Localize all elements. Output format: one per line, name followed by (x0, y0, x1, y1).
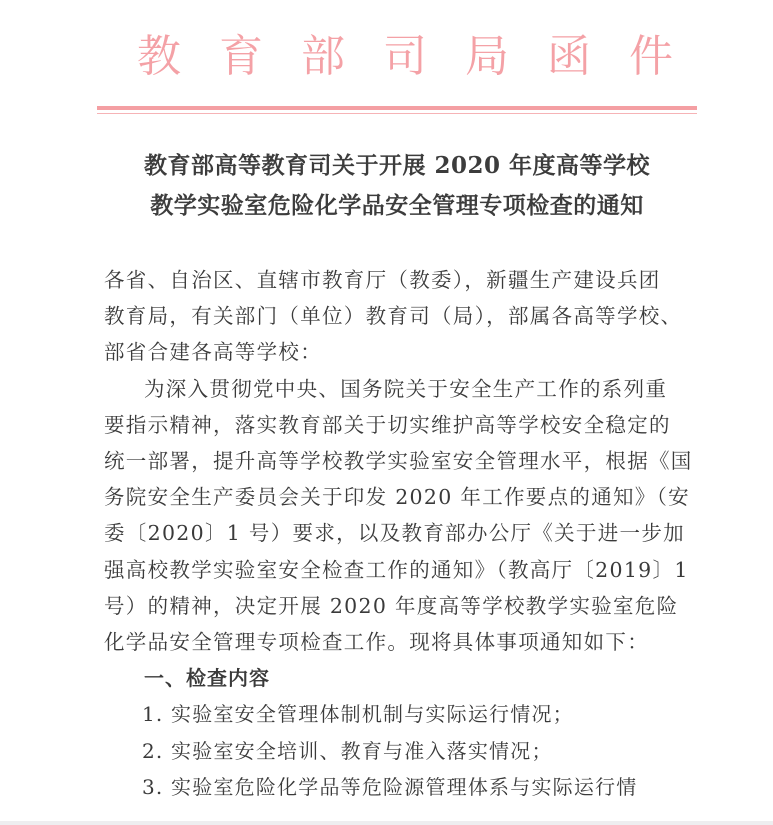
addressee-paragraph: 各省、自治区、直辖市教育厅（教委），新疆生产建设兵团 教育局，有关部门（单位）教… (104, 262, 660, 371)
addressee-line: 教育局，有关部门（单位）教育司（局），部属各高等学校、 (104, 298, 660, 334)
letterhead-char: 司 (383, 32, 465, 82)
list-item: 1. 实验室安全管理体制机制与实际运行情况； (104, 696, 660, 732)
letterhead-char: 函 (547, 32, 629, 82)
addressee-line: 各省、自治区、直辖市教育厅（教委），新疆生产建设兵团 (104, 262, 660, 298)
intro-line: 强高校教学实验室安全检查工作的通知》（教高厅〔2019〕1 (104, 552, 660, 588)
letterhead-char: 教 (137, 32, 219, 82)
intro-line: 务院安全生产委员会关于印发 2020 年工作要点的通知》（安 (104, 479, 660, 515)
list-item: 3. 实验室危险化学品等危险源管理体系与实际运行情 (104, 769, 660, 805)
intro-line: 化学品安全管理专项检查工作。现将具体事项通知如下： (104, 624, 660, 660)
intro-line: 委〔2020〕1 号）要求，以及教育部办公厅《关于进一步加 (104, 515, 660, 551)
intro-line: 要指示精神，落实教育部关于切实维护高等学校安全稳定的 (104, 407, 660, 443)
letterhead: 教 育 部 司 局 函 件 (97, 28, 697, 88)
title-line-2: 教学实验室危险化学品安全管理专项检查的通知 (97, 186, 697, 226)
section-heading-inspection-content: 一、检查内容 (104, 660, 660, 696)
document-body: 各省、自治区、直辖市教育厅（教委），新疆生产建设兵团 教育局，有关部门（单位）教… (104, 262, 660, 805)
letterhead-char: 局 (465, 32, 547, 82)
letterhead-char: 育 (219, 32, 301, 82)
page-bottom-edge (0, 821, 773, 825)
intro-line: 统一部署，提升高等学校教学实验室安全管理水平，根据《国 (104, 443, 660, 479)
letterhead-divider-thick (97, 106, 697, 110)
letterhead-divider-thin (97, 113, 697, 114)
document-page: 教 育 部 司 局 函 件 教育部高等教育司关于开展 2020 年度高等学校 教… (0, 0, 773, 821)
intro-paragraph: 为深入贯彻党中央、国务院关于安全生产工作的系列重 要指示精神，落实教育部关于切实… (104, 371, 660, 661)
letterhead-char: 件 (629, 32, 711, 82)
intro-line: 号）的精神，决定开展 2020 年度高等学校教学实验室危险 (104, 588, 660, 624)
letterhead-char: 部 (301, 32, 383, 82)
intro-line: 为深入贯彻党中央、国务院关于安全生产工作的系列重 (104, 371, 660, 407)
title-line-1: 教育部高等教育司关于开展 2020 年度高等学校 (97, 146, 697, 186)
addressee-line: 部省合建各高等学校： (104, 334, 660, 370)
letterhead-title: 教 育 部 司 局 函 件 (137, 32, 711, 82)
document-title: 教育部高等教育司关于开展 2020 年度高等学校 教学实验室危险化学品安全管理专… (97, 146, 697, 226)
list-item: 2. 实验室安全培训、教育与准入落实情况； (104, 733, 660, 769)
